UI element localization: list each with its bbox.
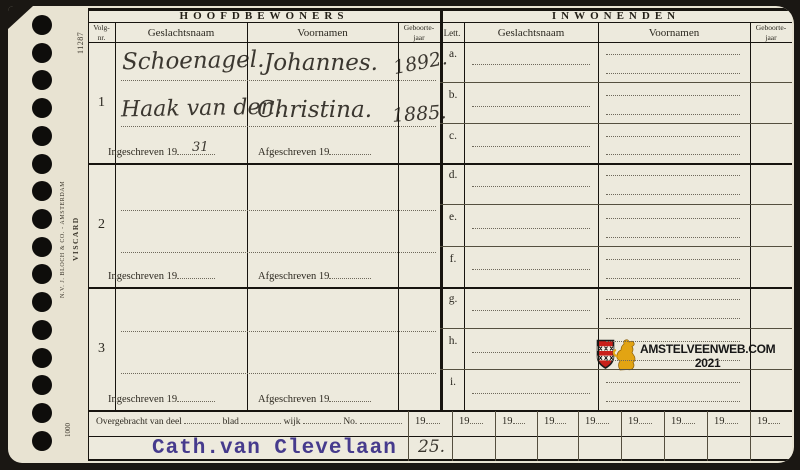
card-printer: N.V. J. BLOCH & CO. - AMSTERDAM: [60, 158, 66, 320]
dotted-blank: [329, 394, 371, 402]
year-cell: 19: [537, 411, 578, 436]
geboortejaar-header-line1: Geboorte-: [404, 23, 434, 32]
geslachtsnaam-header-right: Geslachtsnaam: [464, 23, 598, 42]
surname-rule-line: [472, 146, 590, 147]
binder-hole: [32, 70, 52, 90]
dotted-blank: [241, 416, 281, 424]
inwonenden-row: e.: [440, 204, 792, 245]
card-brand: VISCARD: [71, 164, 80, 314]
surname-rule-line: [472, 64, 590, 65]
binder-hole: [32, 43, 52, 63]
register-table: HOOFDBEWONERS INWONENDEN Volg- nr. Gesla…: [88, 8, 792, 461]
firstname-rule-line: [606, 95, 740, 96]
table-line: [88, 8, 89, 461]
overgebracht-line: Overgebracht van deel blad wijk No.: [96, 416, 402, 427]
year-entry-cell: [495, 436, 537, 461]
inwonenden-row: a.: [440, 42, 792, 82]
binder-hole: [32, 237, 52, 257]
year-prefix: 19: [585, 416, 596, 427]
overgebracht-label: Overgebracht van deel: [96, 417, 182, 427]
ingeschreven-label: Ingeschreven 19: [108, 394, 215, 405]
row-number-1: 1: [88, 42, 115, 163]
wijk-label: wijk: [284, 417, 301, 427]
handwritten-firstname-2: Christina.: [257, 97, 372, 123]
geboortejaar-header-line2: jaar: [765, 33, 776, 42]
binder-hole: [32, 264, 52, 284]
year-cell: 19: [578, 411, 621, 436]
name-rule-line: [121, 331, 436, 332]
binder-hole: [32, 292, 52, 312]
letter-label: c.: [442, 130, 464, 142]
card-serial-top: 11287: [76, 14, 85, 72]
afgeschreven-label-text: Afgeschreven 19: [258, 271, 329, 282]
afgeschreven-label-text: Afgeschreven 19: [258, 394, 329, 405]
binder-hole: [32, 403, 52, 423]
surname-rule-line: [472, 393, 590, 394]
year-entry-cell: [621, 436, 664, 461]
surname-rule-line: [472, 186, 590, 187]
geboortejaar-header-left: Geboorte- jaar: [398, 23, 440, 42]
inwonenden-row: i.: [440, 369, 792, 410]
afgeschreven-label: Afgeschreven 19: [258, 394, 371, 405]
year-entry-cell: [664, 436, 707, 461]
year-cell: 19: [621, 411, 664, 436]
year-prefix: 19: [714, 416, 725, 427]
row-number-2: 2: [88, 163, 115, 287]
afgeschreven-label: Afgeschreven 19: [258, 147, 371, 158]
dotted-blank: [303, 416, 341, 424]
dotted-blank: [639, 416, 652, 424]
letter-label: i.: [442, 376, 464, 388]
handwritten-firstname-1: Johannes.: [264, 50, 378, 76]
firstname-rule-line: [606, 360, 740, 361]
binder-hole: [32, 375, 52, 395]
address-stamp: Cath.van Clevelaan: [152, 437, 397, 460]
inwonenden-row: f.: [440, 246, 792, 287]
firstname-rule-line: [606, 259, 740, 260]
afgeschreven-label: Afgeschreven 19: [258, 271, 371, 282]
name-rule-line: [121, 80, 436, 81]
inwonenden-row: b.: [440, 82, 792, 122]
dotted-blank: [513, 416, 525, 424]
population-register-card: 11287 VISCARD N.V. J. BLOCH & CO. - AMST…: [8, 6, 794, 463]
dotted-blank: [426, 416, 440, 424]
inwonenden-row: g.: [440, 287, 792, 328]
dotted-blank: [329, 271, 371, 279]
letter-label: h.: [442, 335, 464, 347]
geboortejaar-header-line2: jaar: [413, 33, 424, 42]
dotted-blank: [177, 394, 215, 402]
blad-label: blad: [223, 417, 239, 427]
year-cell: 19: [408, 411, 452, 436]
letter-label: g.: [442, 293, 464, 305]
surname-rule-line: [472, 269, 590, 270]
firstname-rule-line: [606, 114, 740, 115]
firstname-rule-line: [606, 318, 740, 319]
dotted-blank: [682, 416, 695, 424]
firstname-rule-line: [606, 382, 740, 383]
binder-hole: [32, 431, 52, 451]
no-label: No.: [343, 417, 357, 427]
year-entry-cell: [452, 436, 495, 461]
firstname-rule-line: [606, 154, 740, 155]
year-prefix: 19: [502, 416, 513, 427]
binder-hole: [32, 209, 52, 229]
dotted-blank: [177, 271, 215, 279]
scanned-register-photo: { "spine": { "serial_top": "11287", "bra…: [0, 0, 800, 470]
firstname-rule-line: [606, 136, 740, 137]
surname-rule-line: [472, 352, 590, 353]
name-rule-line: [121, 373, 436, 374]
firstname-rule-line: [606, 54, 740, 55]
table-line: [115, 22, 116, 410]
geboortejaar-header-right: Geboorte- jaar: [750, 23, 792, 42]
year-entry-cell: [750, 436, 792, 461]
binder-hole: [32, 154, 52, 174]
volgnr-header-line2: nr.: [98, 33, 106, 42]
firstname-rule-line: [606, 278, 740, 279]
inwonenden-row: h.: [440, 328, 792, 369]
binder-hole: [32, 15, 52, 35]
firstname-rule-line: [606, 194, 740, 195]
inwonenden-row: c.: [440, 123, 792, 163]
surname-rule-line: [472, 228, 590, 229]
dotted-blank: [596, 416, 609, 424]
card-serial-bottom: 1000: [64, 408, 72, 452]
surname-rule-line: [472, 310, 590, 311]
inwonenden-row: d.: [440, 163, 792, 204]
year-cell: 19: [495, 411, 537, 436]
firstname-rule-line: [606, 218, 740, 219]
geboortejaar-header-line1: Geboorte-: [756, 23, 786, 32]
geslachtsnaam-header-left: Geslachtsnaam: [115, 23, 247, 42]
binder-hole: [32, 348, 52, 368]
volgnr-header-line1: Volg-: [93, 23, 110, 32]
surname-rule-line: [472, 106, 590, 107]
year-entry-cell: [537, 436, 578, 461]
year-cell: 19: [452, 411, 495, 436]
firstname-rule-line: [606, 341, 740, 342]
letter-label: d.: [442, 169, 464, 181]
year-entry-cell: [408, 436, 452, 461]
ingeschreven-label: Ingeschreven 19: [108, 271, 215, 282]
letter-label: e.: [442, 211, 464, 223]
year-cell: 19: [664, 411, 707, 436]
ingeschreven-label-text: Ingeschreven 19: [108, 271, 177, 282]
volgnr-header: Volg- nr.: [88, 23, 115, 42]
year-prefix: 19: [628, 416, 639, 427]
binder-hole: [32, 320, 52, 340]
year-prefix: 19: [671, 416, 682, 427]
lett-header: Lett.: [440, 23, 464, 42]
dotted-blank: [184, 416, 220, 424]
year-entry-cell: [707, 436, 750, 461]
dotted-blank: [470, 416, 483, 424]
firstname-rule-line: [606, 175, 740, 176]
firstname-rule-line: [606, 73, 740, 74]
firstname-rule-line: [606, 401, 740, 402]
voornamen-header-left: Voornamen: [247, 23, 398, 42]
year-prefix: 19: [415, 416, 426, 427]
voornamen-header-right: Voornamen: [598, 23, 750, 42]
year-prefix: 19: [544, 416, 555, 427]
dotted-blank: [725, 416, 738, 424]
ingeschreven-label-text: Ingeschreven 19: [108, 394, 177, 405]
binder-hole: [32, 181, 52, 201]
name-rule-line: [121, 210, 436, 211]
handwritten-surname-1: Schoenagel.: [122, 47, 265, 75]
dotted-blank: [768, 416, 780, 424]
letter-label: f.: [442, 253, 464, 265]
dotted-blank: [329, 147, 371, 155]
year-entry-cell: [578, 436, 621, 461]
year-cell: 19: [750, 411, 792, 436]
binder-hole: [32, 98, 52, 118]
binder-hole: [32, 126, 52, 146]
dotted-blank: [360, 416, 402, 424]
dotted-blank: [555, 416, 566, 424]
ingeschreven-label: Ingeschreven 19: [108, 147, 215, 158]
name-rule-line: [121, 252, 436, 253]
letter-label: a.: [442, 48, 464, 60]
ingeschreven-label-text: Ingeschreven 19: [108, 147, 177, 158]
row-number-3: 3: [88, 287, 115, 410]
handwritten-birthyear-2: 1885.: [391, 101, 447, 127]
year-prefix: 19: [459, 416, 470, 427]
dotted-blank: [177, 147, 215, 155]
corner-cut: [8, 6, 33, 29]
firstname-rule-line: [606, 299, 740, 300]
firstname-rule-line: [606, 237, 740, 238]
year-cell: 19: [707, 411, 750, 436]
afgeschreven-label-text: Afgeschreven 19: [258, 147, 329, 158]
year-prefix: 19: [757, 416, 768, 427]
letter-label: b.: [442, 89, 464, 101]
name-rule-line: [121, 126, 436, 127]
